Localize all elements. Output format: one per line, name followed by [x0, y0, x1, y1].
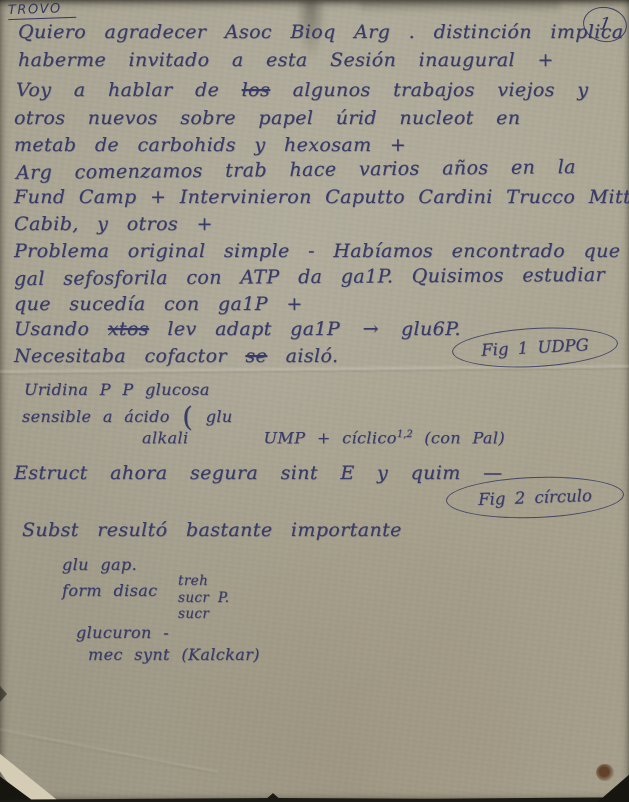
- line-text: Uridina P P glucosa: [24, 380, 210, 399]
- handwritten-line: Voy a hablar de los algunos trabajos vie…: [16, 80, 588, 101]
- list-item: treh: [178, 574, 229, 590]
- handwritten-line: Cabib, y otros +: [14, 214, 213, 235]
- handwritten-line: mec synt (Kalckar): [88, 646, 260, 664]
- handwritten-line: haberme invitado a esta Sesión inaugural…: [18, 50, 554, 71]
- line-text: Arg comenzamos trab hace varios años en …: [16, 156, 576, 184]
- archive-note: TROVO: [8, 1, 76, 20]
- handwritten-line: otros nuevos sobre papel úrid nucleot en: [14, 108, 520, 129]
- handwritten-line: Usando xtos lev adapt ga1P → glu6P.: [14, 319, 461, 340]
- line-text: algunos trabajos viejos y: [293, 79, 589, 101]
- handwritten-line: Problema original simple - Habíamos enco…: [14, 241, 620, 262]
- line-text: Usando: [14, 318, 89, 340]
- line-text: alkali: [142, 428, 189, 447]
- list-item: sucr: [178, 607, 229, 623]
- handwritten-line: Arg comenzamos trab hace varios años en …: [16, 157, 576, 184]
- handwritten-line: metab de carbohids y hexosam +: [14, 135, 406, 156]
- line-text: glucuron -: [76, 623, 169, 642]
- line-text: aisló.: [286, 345, 339, 367]
- line-text: metab de carbohids y hexosam +: [14, 134, 406, 156]
- fig1-annotation-oval: Fig 1 UDPG: [451, 324, 619, 372]
- line-text: Cabib, y otros +: [14, 213, 213, 235]
- superscript-note: 1,2: [397, 429, 413, 440]
- handwritten-line: Uridina P P glucosa: [24, 381, 210, 399]
- disaccharide-list: treh sucr P. sucr: [178, 574, 229, 623]
- handwritten-line: alkali UMP + cíclico1,2 (con Pal): [142, 429, 505, 447]
- line-text: form disac: [62, 581, 158, 600]
- line-text: Quiero agradecer Asoc Bioq Arg . distinc…: [18, 21, 624, 43]
- line-text: haberme invitado a esta Sesión inaugural…: [18, 49, 554, 71]
- brown-stain: [596, 764, 614, 781]
- handwritten-line: Quiero agradecer Asoc Bioq Arg . distinc…: [18, 22, 624, 43]
- line-text: sensible a ácido: [22, 407, 170, 426]
- line-text: glu: [206, 407, 233, 426]
- manuscript-page: TROVO 1 Quiero agradecer Asoc Bioq Arg .…: [0, 0, 629, 802]
- handwritten-line: Necesitaba cofactor se aisló.: [14, 346, 338, 367]
- line-text: Estruct ahora segura sint E y quim —: [14, 462, 503, 484]
- line-text: Necesitaba cofactor: [14, 345, 227, 367]
- handwritten-line: Fund Camp + Intervinieron Caputto Cardin…: [14, 187, 629, 208]
- left-edge-notch: [0, 686, 7, 702]
- fig1-label: Fig 1 UDPG: [481, 335, 590, 360]
- fig2-label: Fig 2 círculo: [478, 486, 592, 509]
- line-text: UMP + cíclico: [264, 428, 397, 447]
- line-text: glu gap.: [62, 555, 137, 574]
- arrow-glyph: →: [359, 318, 383, 340]
- struck-word: se: [245, 345, 267, 367]
- top-edge-shadow: [360, 0, 560, 14]
- diagonal-crease: [0, 725, 218, 775]
- line-text: glu6P.: [401, 318, 461, 340]
- line-text: mec synt (Kalckar): [88, 645, 260, 664]
- list-item: sucr P.: [178, 591, 229, 607]
- struck-word: xtos: [108, 318, 149, 340]
- handwritten-line: que sucedía con ga1P +: [14, 294, 303, 315]
- handwritten-line: Estruct ahora segura sint E y quim —: [14, 463, 503, 484]
- line-text: lev adapt ga1P: [167, 318, 340, 340]
- line-text: (con Pal): [424, 428, 505, 447]
- handwritten-line: form disac: [62, 582, 158, 600]
- handwritten-line: Subst resultó bastante importante: [22, 520, 402, 541]
- line-text: Fund Camp + Intervinieron Caputto Cardin…: [14, 186, 629, 208]
- line-text: gal sefosforila con ATP da ga1P. Quisimo…: [14, 264, 605, 290]
- handwritten-line: gal sefosforila con ATP da ga1P. Quisimo…: [14, 265, 605, 290]
- line-text: Subst resultó bastante importante: [22, 519, 402, 541]
- handwritten-line: glucuron -: [76, 624, 169, 642]
- line-text: que sucedía con ga1P +: [14, 293, 303, 315]
- struck-word: los: [242, 79, 270, 101]
- line-text: Problema original simple - Habíamos enco…: [14, 240, 620, 262]
- line-text: Voy a hablar de: [16, 79, 219, 101]
- handwritten-line: glu gap.: [62, 556, 137, 574]
- line-text: otros nuevos sobre papel úrid nucleot en: [14, 107, 520, 129]
